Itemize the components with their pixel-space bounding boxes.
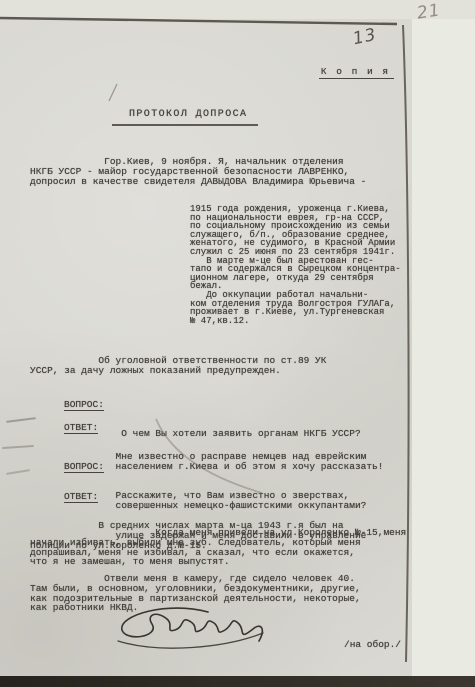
signature-handwritten <box>118 608 263 648</box>
photo-bottom-edge <box>0 676 475 687</box>
handwritten-page-number: 13 <box>351 25 378 49</box>
margin-pencil-mark <box>6 469 30 474</box>
liability-warning: Об уголовной ответственности по ст.89 УК… <box>30 356 326 376</box>
title-underline <box>112 124 258 126</box>
outer-paper-top <box>0 0 475 19</box>
answer-2-label: ОТВЕТ: <box>64 492 98 503</box>
outer-paper-right <box>412 19 475 676</box>
question-2-label: ВОПРОС: <box>64 462 104 473</box>
copy-label: К о п и я <box>296 57 394 86</box>
scanned-document-page: 21 13 К о п и я ПРОТОКОЛ ДОПРОСА Гор.Кие… <box>0 0 475 687</box>
stray-pen-slash <box>109 84 117 101</box>
detention-paragraph: Когда меня привели на ул.Короленко №-15,… <box>30 528 406 567</box>
question-1-label: ВОПРОС: <box>64 400 104 411</box>
cell-paragraph: Отвели меня в камеру, где сидело человек… <box>30 574 361 613</box>
document-title: ПРОТОКОЛ ДОПРОСА <box>129 110 247 120</box>
handwritten-outer-page-number: 21 <box>416 0 442 23</box>
intro-paragraph: Гор.Киев, 9 ноября. Я, начальник отделен… <box>30 157 366 186</box>
answer-1-label: ОТВЕТ: <box>64 423 98 434</box>
footer-note: /на обор./ <box>344 640 401 650</box>
witness-bio-block: 1915 года рождения, уроженца г.Киева, по… <box>190 205 401 325</box>
